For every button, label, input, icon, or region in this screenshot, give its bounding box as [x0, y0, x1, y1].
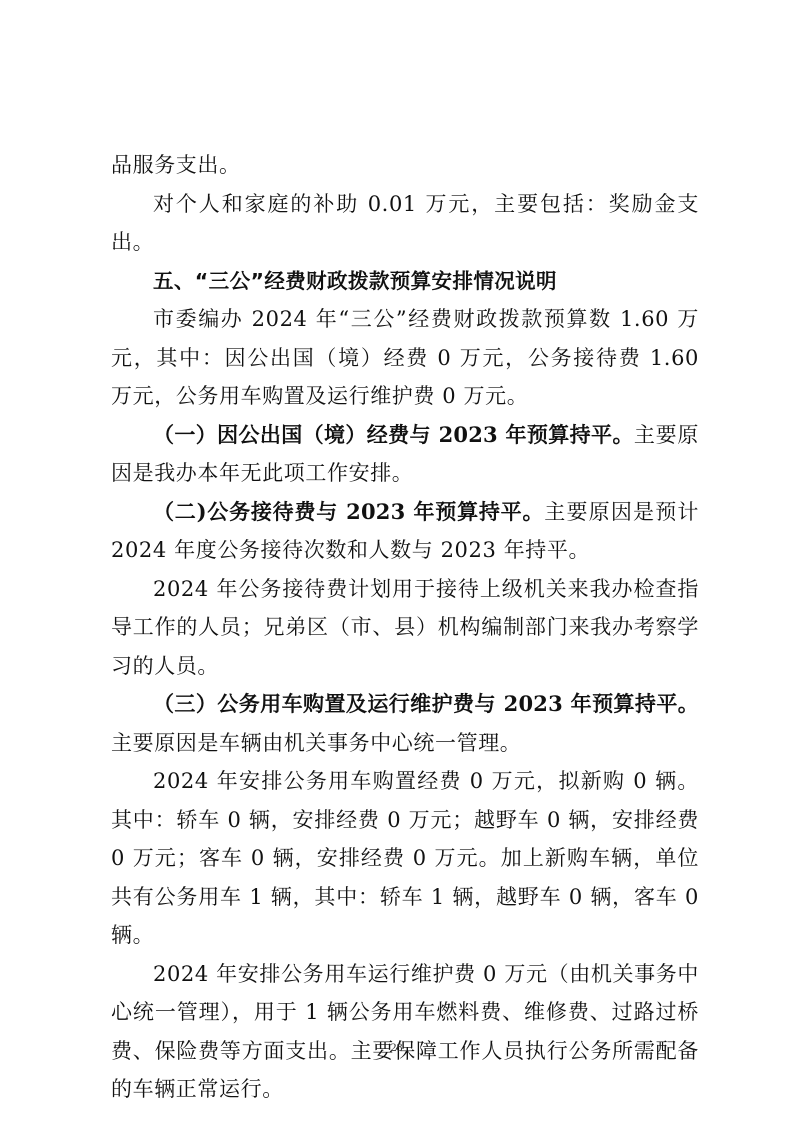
page-number: 28 [0, 1040, 793, 1055]
paragraph-overseas-expenses: （一）因公出国（境）经费与 2023 年预算持平。主要原因是我办本年无此项工作安… [111, 416, 699, 493]
section-heading-three-public-expenses: 五、“三公”经费财政拨款预算安排情况说明 [111, 262, 699, 301]
paragraph-vehicle-expenses: （三）公务用车购置及运行维护费与 2023 年预算持平。主要原因是车辆由机关事务… [111, 685, 699, 762]
vehicle-expenses-reason: 主要原因是车辆由机关事务中心统一管理。 [111, 731, 521, 755]
paragraph-reception-plan: 2024 年公务接待费计划用于接待上级机关来我办检查指导工作的人员；兄弟区（市、… [111, 570, 699, 686]
paragraph-three-public-budget-summary: 市委编办 2024 年“三公”经费财政拨款预算数 1.60 万元，其中：因公出国… [111, 300, 699, 416]
paragraph-vehicle-maintenance: 2024 年安排公务用车运行维护费 0 万元（由机关事务中心统一管理），用于 1… [111, 955, 699, 1109]
subheading-vehicle-expenses: （三）公务用车购置及运行维护费与 2023 年预算持平。 [153, 691, 699, 716]
subheading-overseas-expenses: （一）因公出国（境）经费与 2023 年预算持平。 [153, 422, 634, 447]
paragraph-reception-expenses: （二)公务接待费与 2023 年预算持平。主要原因是预计 2024 年度公务接待… [111, 493, 699, 570]
paragraph-continuation: 品服务支出。 [111, 146, 699, 185]
paragraph-vehicle-purchase: 2024 年安排公务用车购置经费 0 万元，拟新购 0 辆。其中：轿车 0 辆，… [111, 762, 699, 955]
subheading-reception-expenses: （二)公务接待费与 2023 年预算持平。 [153, 499, 544, 524]
paragraph-personal-family-subsidy: 对个人和家庭的补助 0.01 万元，主要包括：奖励金支出。 [111, 185, 699, 262]
document-page-body: 品服务支出。 对个人和家庭的补助 0.01 万元，主要包括：奖励金支出。 五、“… [111, 146, 699, 1109]
